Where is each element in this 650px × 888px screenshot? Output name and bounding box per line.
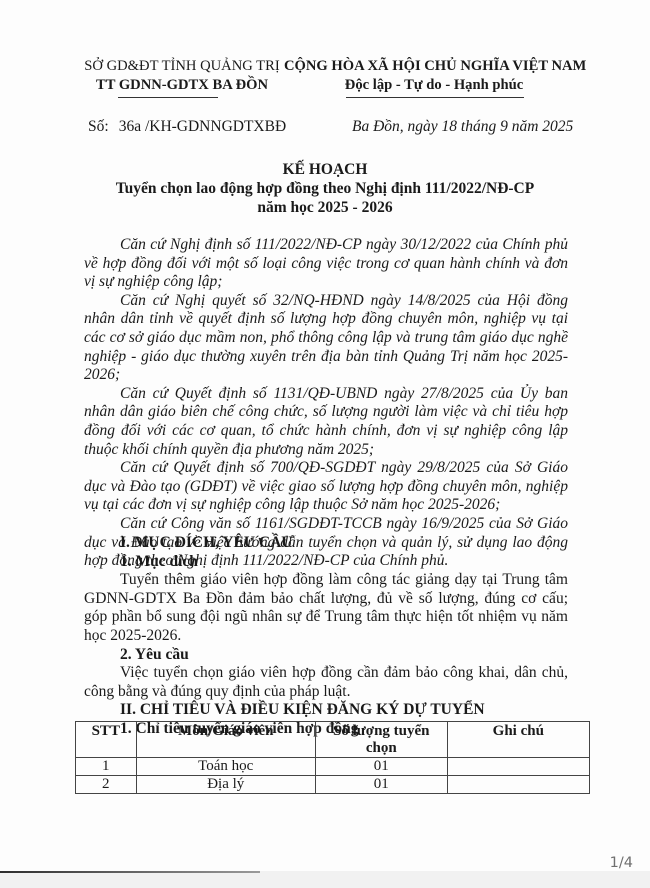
organization-unit: TT GDNN-GDTX BA ĐỒN — [82, 77, 282, 94]
document-year: năm học 2025 - 2026 — [60, 198, 590, 217]
place-and-date: Ba Đồn, ngày 18 tháng 9 năm 2025 — [352, 118, 573, 136]
column-header: STT — [76, 722, 137, 758]
table-row: 1 Toán học 01 — [76, 758, 590, 776]
column-header: Ghi chú — [447, 722, 589, 758]
column-header: Số lượng tuyển chọn — [315, 722, 447, 758]
table-cell: Toán học — [136, 758, 315, 776]
legal-basis-item: Căn cứ Quyết định số 700/QĐ-SGDĐT ngày 2… — [84, 459, 568, 515]
subsection-heading: 1. Mục đích — [84, 553, 568, 572]
section-heading: I. MỤC ĐÍCH, YÊU CẦU — [84, 534, 568, 553]
document-title: KẾ HOẠCH Tuyển chọn lao động hợp đồng th… — [60, 160, 590, 217]
column-header: Môn/Giáo viên — [136, 722, 315, 758]
legal-basis-item: Căn cứ Quyết định số 1131/QĐ-UBND ngày 2… — [84, 385, 568, 459]
parent-organization: SỞ GD&ĐT TỈNH QUẢNG TRỊ — [82, 58, 282, 75]
legal-basis: Căn cứ Nghị định số 111/2022/NĐ-CP ngày … — [84, 236, 568, 571]
paragraph: Việc tuyển chọn giáo viên hợp đồng cần đ… — [84, 664, 568, 701]
section-content: I. MỤC ĐÍCH, YÊU CẦU 1. Mục đích Tuyển t… — [84, 534, 568, 739]
table-cell: 1 — [76, 758, 137, 776]
table-cell: 01 — [315, 758, 447, 776]
paragraph: Tuyển thêm giáo viên hợp đồng làm công t… — [84, 571, 568, 645]
motto-underline — [346, 97, 524, 98]
document-page: SỞ GD&ĐT TỈNH QUẢNG TRỊ TT GDNN-GDTX BA … — [0, 0, 650, 871]
national-title: CỘNG HÒA XÃ HỘI CHỦ NGHĨA VIỆT NAM — [284, 58, 584, 75]
scroll-progress-fill — [0, 871, 260, 873]
scroll-progress-track[interactable] — [0, 871, 650, 888]
document-number: Số:36a /KH-GDNNGDTXBĐ — [88, 118, 286, 136]
table-cell: Địa lý — [136, 776, 315, 794]
document-number-value: 36a /KH-GDNNGDTXBĐ — [119, 118, 286, 135]
table-cell: 01 — [315, 776, 447, 794]
national-motto: Độc lập - Tự do - Hạnh phúc — [284, 77, 584, 94]
page-indicator: 1/4 — [610, 855, 633, 871]
section-heading: II. CHỈ TIÊU VÀ ĐIỀU KIỆN ĐĂNG KÝ DỰ TUY… — [84, 701, 568, 720]
table-cell — [447, 758, 589, 776]
legal-basis-item: Căn cứ Nghị quyết số 32/NQ-HĐND ngày 14/… — [84, 292, 568, 385]
org-underline — [118, 97, 218, 98]
table-cell: 2 — [76, 776, 137, 794]
document-subject: Tuyển chọn lao động hợp đồng theo Nghị đ… — [60, 179, 590, 198]
table-header-row: STT Môn/Giáo viên Số lượng tuyển chọn Gh… — [76, 722, 590, 758]
table-cell — [447, 776, 589, 794]
table-row: 2 Địa lý 01 — [76, 776, 590, 794]
document-number-label: Số: — [88, 118, 109, 135]
document-type: KẾ HOẠCH — [60, 160, 590, 179]
issuing-organization: SỞ GD&ĐT TỈNH QUẢNG TRỊ TT GDNN-GDTX BA … — [82, 58, 282, 94]
subsection-heading: 2. Yêu cầu — [84, 646, 568, 665]
quota-table: STT Môn/Giáo viên Số lượng tuyển chọn Gh… — [75, 721, 590, 794]
legal-basis-item: Căn cứ Nghị định số 111/2022/NĐ-CP ngày … — [84, 236, 568, 292]
national-heading: CỘNG HÒA XÃ HỘI CHỦ NGHĨA VIỆT NAM Độc l… — [284, 58, 584, 94]
